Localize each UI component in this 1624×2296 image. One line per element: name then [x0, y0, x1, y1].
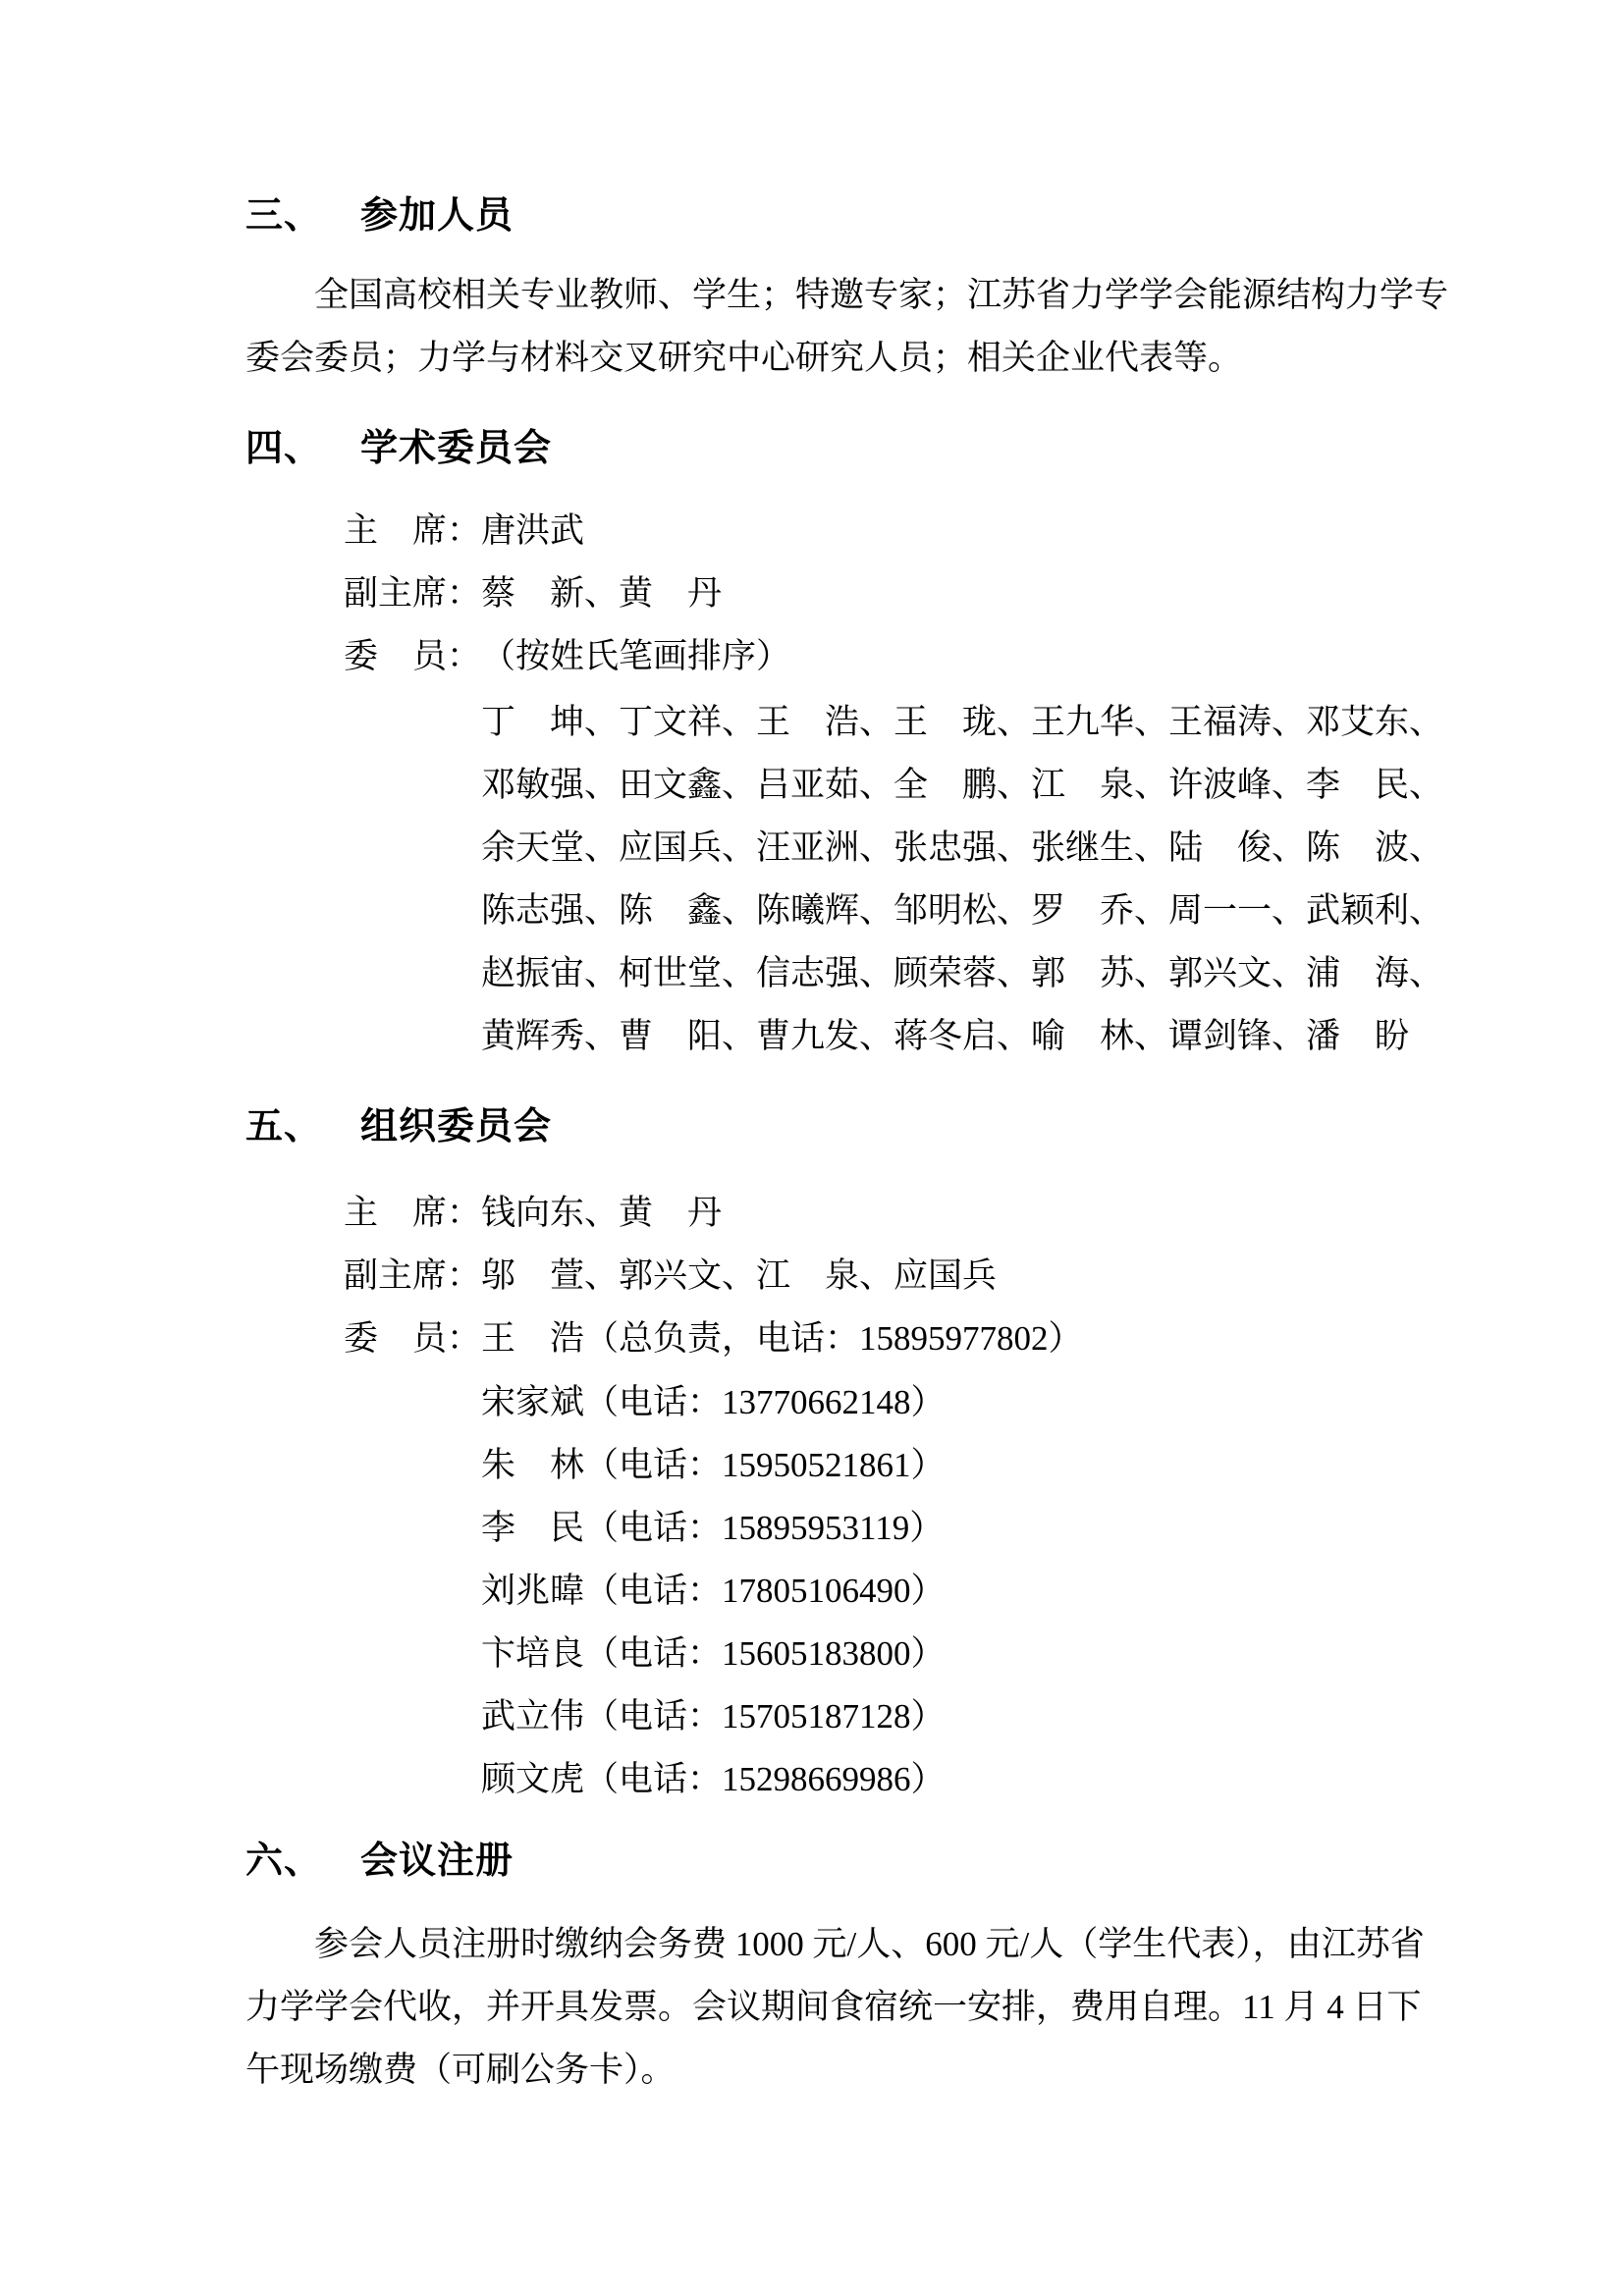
role-label: 副主席： — [344, 1245, 481, 1308]
member-line: 卞培良（电话：15605183800） — [481, 1623, 946, 1685]
section-number: 四、 — [245, 426, 360, 471]
role-label: 副主席： — [344, 562, 481, 625]
member-line: 朱 林（电话：15950521861） — [481, 1434, 946, 1497]
organizing-committee-roles: 主 席：钱向东、黄 丹 副主席：邬 萱、郭兴文、江 泉、应国兵 委 员：王 浩（… — [344, 1182, 1083, 1370]
section-title: 组织委员会 — [360, 1106, 552, 1148]
member-line: 邓敏强、田文鑫、吕亚茹、全 鹏、江 泉、许波峰、李 民、 — [481, 754, 1443, 817]
section-heading-participants: 三、参加人员 — [245, 193, 514, 239]
member-line: 余天堂、应国兵、汪亚洲、张忠强、张继生、陆 俊、陈 波、 — [481, 817, 1443, 880]
member-line: 赵振宙、柯世堂、信志强、顾荣蓉、郭 苏、郭兴文、浦 海、 — [481, 942, 1443, 1005]
role-value: 唐洪武 — [481, 511, 584, 550]
section-number: 五、 — [245, 1104, 360, 1149]
role-value: 邬 萱、郭兴文、江 泉、应国兵 — [481, 1256, 997, 1295]
role-row: 副主席：邬 萱、郭兴文、江 泉、应国兵 — [344, 1245, 1083, 1308]
registration-paragraph: 参会人员注册时缴纳会务费 1000 元/人、600 元/人（学生代表），由江苏省… — [245, 1913, 1425, 2102]
section-heading-academic-committee: 四、学术委员会 — [245, 426, 552, 471]
academic-committee-members: 丁 坤、丁文祥、王 浩、王 珑、王九华、王福涛、邓艾东、 邓敏强、田文鑫、吕亚茹… — [481, 691, 1443, 1068]
section-title: 参加人员 — [360, 195, 514, 237]
paragraph-line: 委会委员；力学与材料交叉研究中心研究人员；相关企业代表等。 — [245, 327, 1448, 390]
role-label: 委 员： — [344, 625, 481, 688]
paragraph-line: 午现场缴费（可刷公务卡）。 — [245, 2039, 1425, 2102]
role-row: 副主席：蔡 新、黄 丹 — [344, 562, 790, 625]
section-title: 会议注册 — [360, 1841, 514, 1882]
member-line: 陈志强、陈 鑫、陈曦辉、邹明松、罗 乔、周一一、武颖利、 — [481, 880, 1443, 942]
academic-committee-roles: 主 席：唐洪武 副主席：蔡 新、黄 丹 委 员：（按姓氏笔画排序） — [344, 500, 790, 688]
member-line: 黄辉秀、曹 阳、曹九发、蒋冬启、喻 林、谭剑锋、潘 盼 — [481, 1005, 1443, 1068]
section-title: 学术委员会 — [360, 428, 552, 469]
role-row: 主 席：钱向东、黄 丹 — [344, 1182, 1083, 1245]
role-value: 蔡 新、黄 丹 — [481, 574, 722, 613]
role-value: 王 浩（总负责，电话：15895977802） — [481, 1319, 1083, 1358]
paragraph-line: 力学学会代收，并开具发票。会议期间食宿统一安排，费用自理。11 月 4 日下 — [245, 1976, 1425, 2039]
section-number: 六、 — [245, 1839, 360, 1884]
role-label: 主 席： — [344, 500, 481, 562]
role-value: 钱向东、黄 丹 — [481, 1194, 722, 1232]
role-label: 主 席： — [344, 1182, 481, 1245]
member-line: 宋家斌（电话：13770662148） — [481, 1371, 946, 1434]
member-line: 武立伟（电话：15705187128） — [481, 1685, 946, 1748]
member-line: 顾文虎（电话：15298669986） — [481, 1748, 946, 1811]
member-line: 刘兆暐（电话：17805106490） — [481, 1560, 946, 1623]
section-heading-registration: 六、会议注册 — [245, 1839, 514, 1884]
role-row: 委 员：王 浩（总负责，电话：15895977802） — [344, 1308, 1083, 1370]
section-heading-organizing-committee: 五、组织委员会 — [245, 1104, 552, 1149]
member-line: 丁 坤、丁文祥、王 浩、王 珑、王九华、王福涛、邓艾东、 — [481, 691, 1443, 754]
role-label: 委 员： — [344, 1308, 481, 1370]
participants-paragraph: 全国高校相关专业教师、学生；特邀专家；江苏省力学学会能源结构力学专 委会委员；力… — [245, 264, 1448, 390]
organizing-committee-members: 宋家斌（电话：13770662148） 朱 林（电话：15950521861） … — [481, 1371, 946, 1811]
paragraph-line: 全国高校相关专业教师、学生；特邀专家；江苏省力学学会能源结构力学专 — [245, 264, 1448, 327]
role-row: 主 席：唐洪武 — [344, 500, 790, 562]
role-value: （按姓氏笔画排序） — [481, 637, 790, 675]
role-row: 委 员：（按姓氏笔画排序） — [344, 625, 790, 688]
section-number: 三、 — [245, 193, 360, 239]
paragraph-line: 参会人员注册时缴纳会务费 1000 元/人、600 元/人（学生代表），由江苏省 — [245, 1913, 1425, 1976]
document-page: 三、参加人员 全国高校相关专业教师、学生；特邀专家；江苏省力学学会能源结构力学专… — [0, 0, 1624, 2296]
member-line: 李 民（电话：15895953119） — [481, 1497, 946, 1560]
